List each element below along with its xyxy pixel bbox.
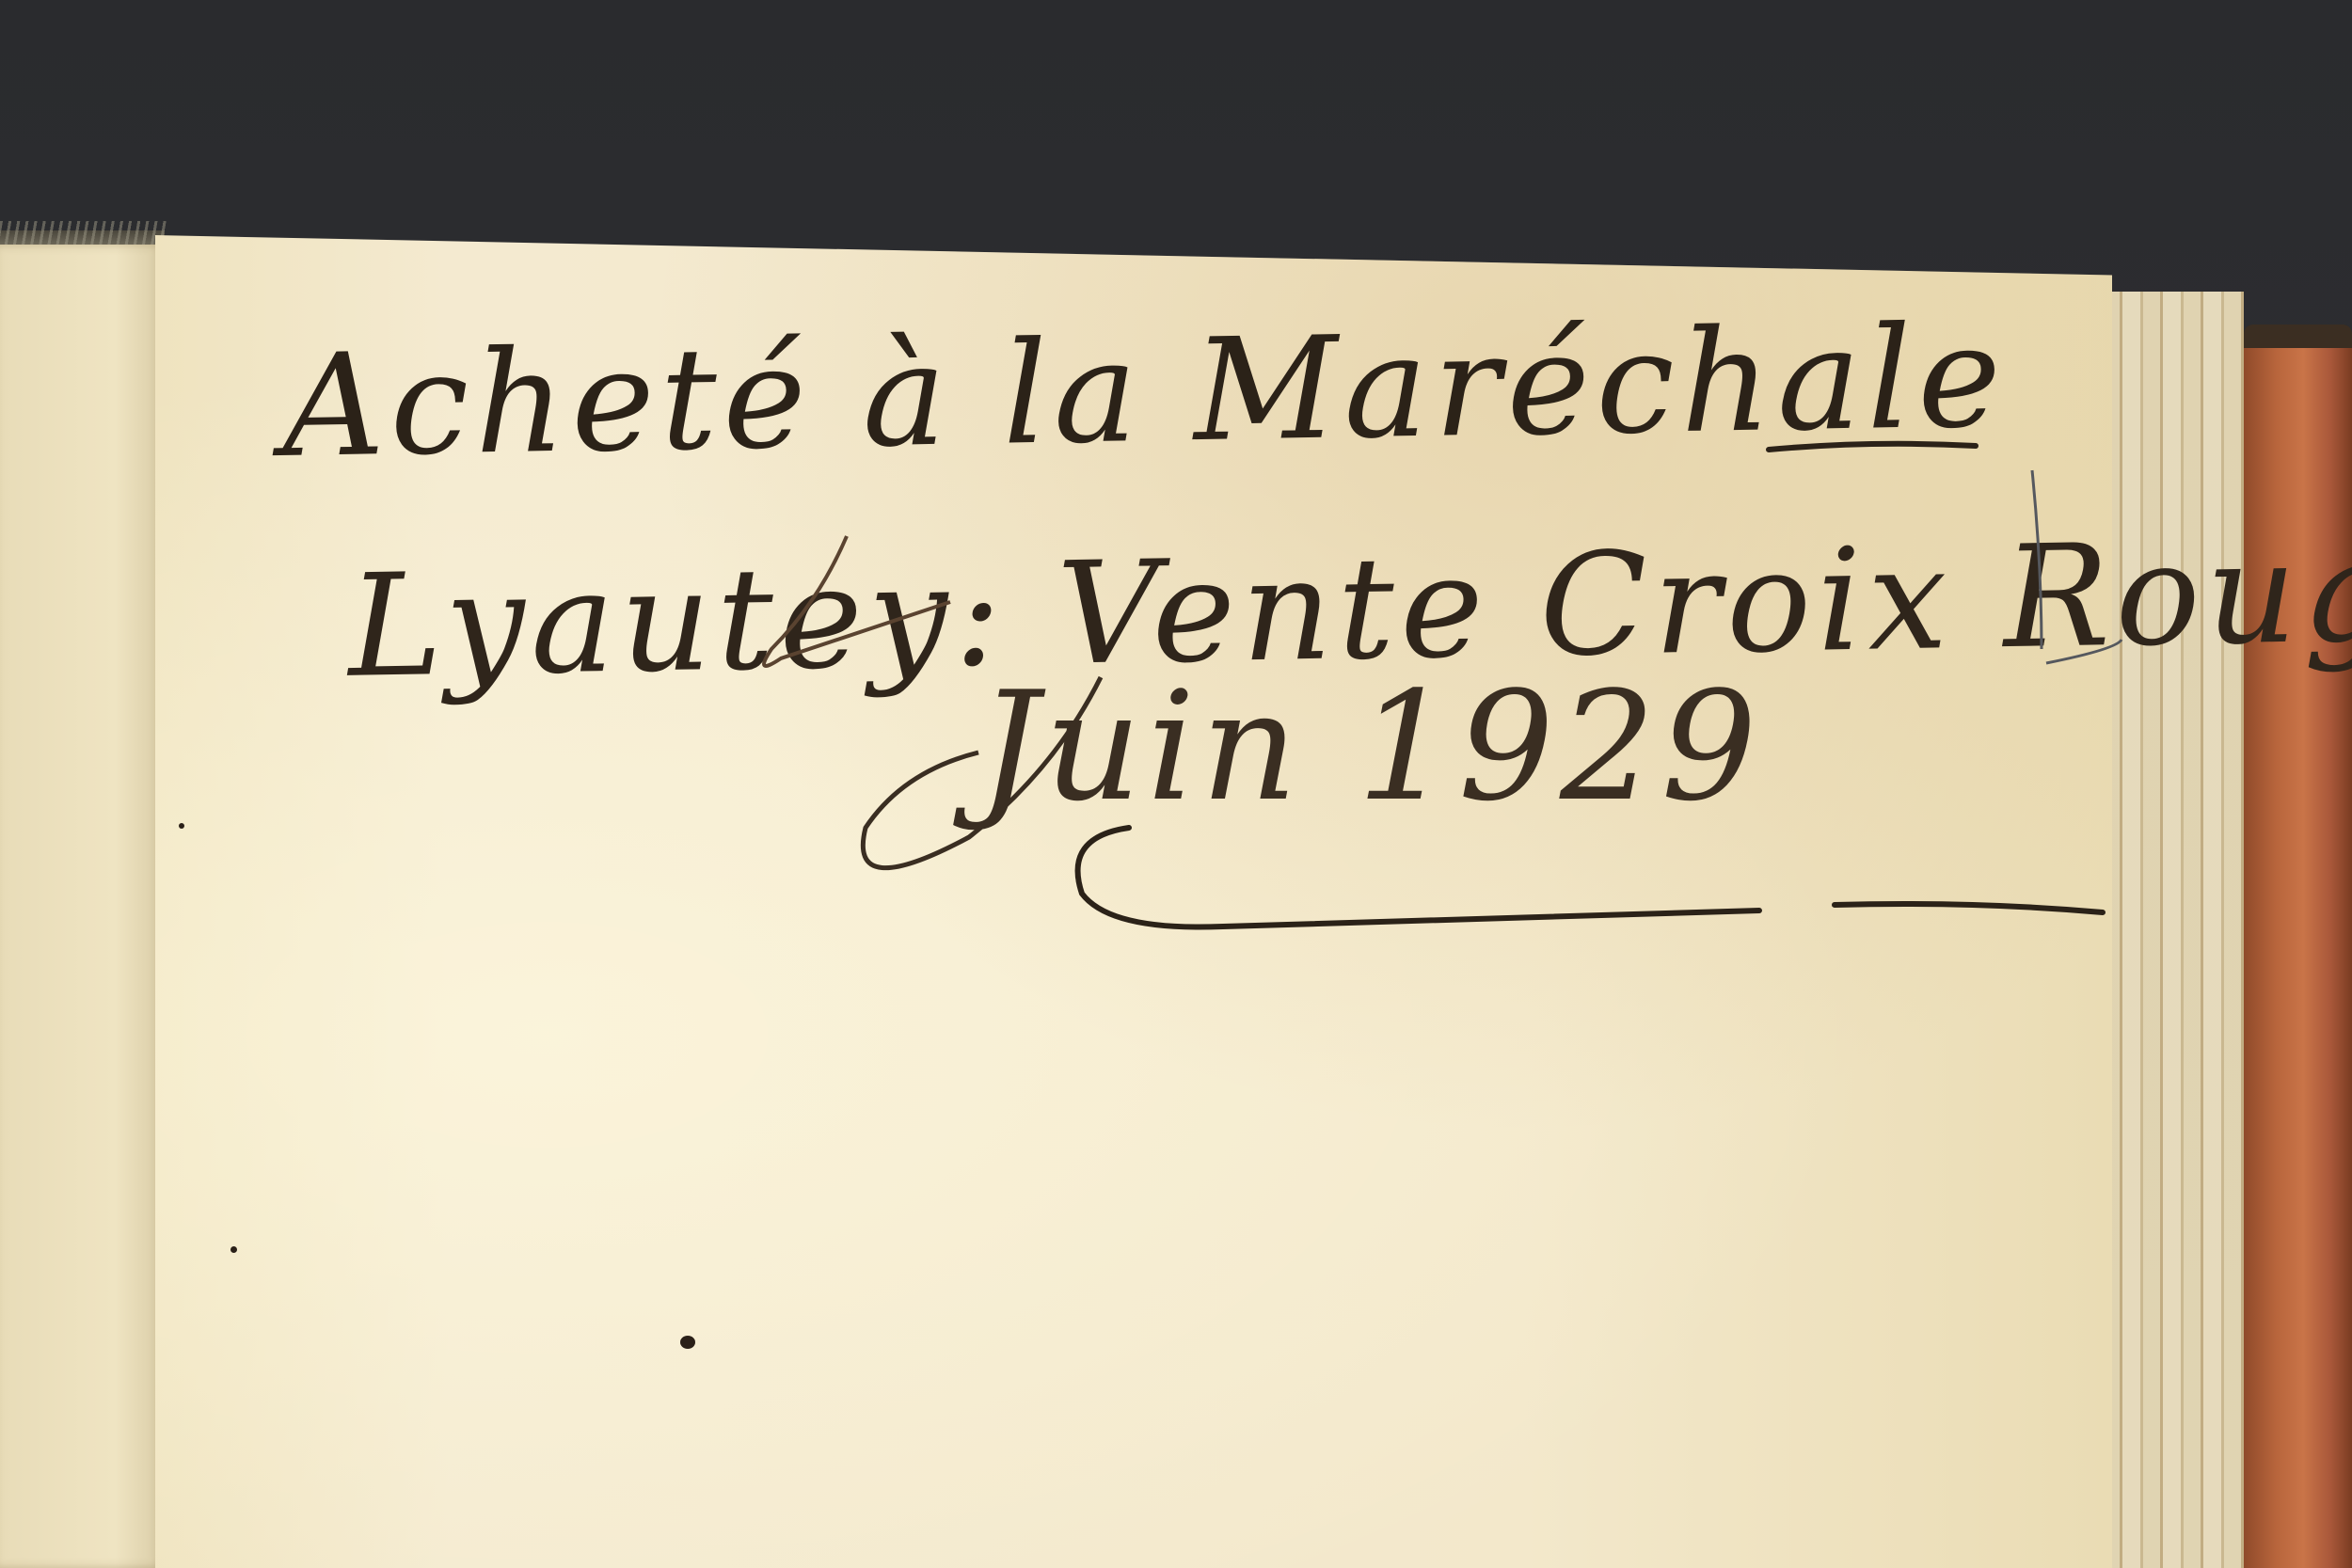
flyleaf-page bbox=[155, 235, 2112, 1568]
page-edges bbox=[2103, 292, 2244, 1568]
leather-binding bbox=[2244, 348, 2352, 1568]
left-page bbox=[0, 245, 165, 1568]
